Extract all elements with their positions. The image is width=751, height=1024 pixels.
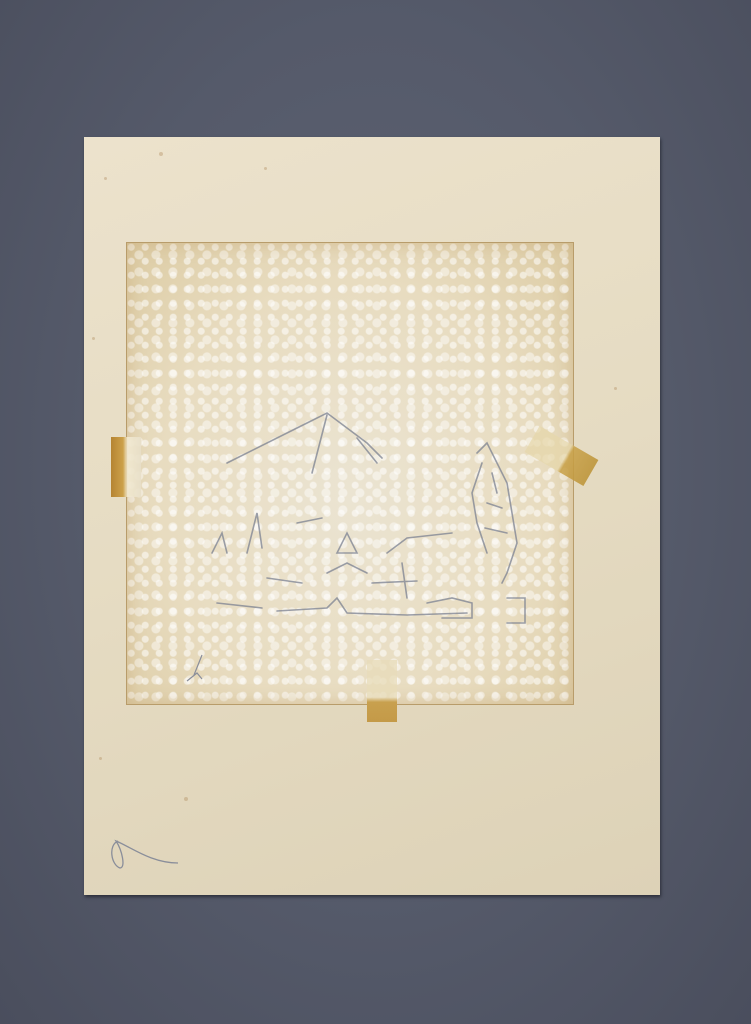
- tape-left: [111, 437, 141, 497]
- stain-speck: [104, 177, 107, 180]
- tape-bottom: [367, 660, 397, 722]
- stain-speck: [264, 167, 267, 170]
- stain-speck: [614, 387, 617, 390]
- pencil-sketch: [207, 403, 537, 633]
- pencil-signature: [106, 835, 186, 875]
- artwork-paper: [126, 242, 574, 705]
- stain-speck: [159, 152, 163, 156]
- mat-board: [84, 137, 660, 895]
- pencil-mark-b: [182, 653, 212, 683]
- stain-speck: [99, 757, 102, 760]
- mountain-outline: [227, 413, 382, 463]
- stain-speck: [92, 337, 95, 340]
- stain-speck: [184, 797, 188, 801]
